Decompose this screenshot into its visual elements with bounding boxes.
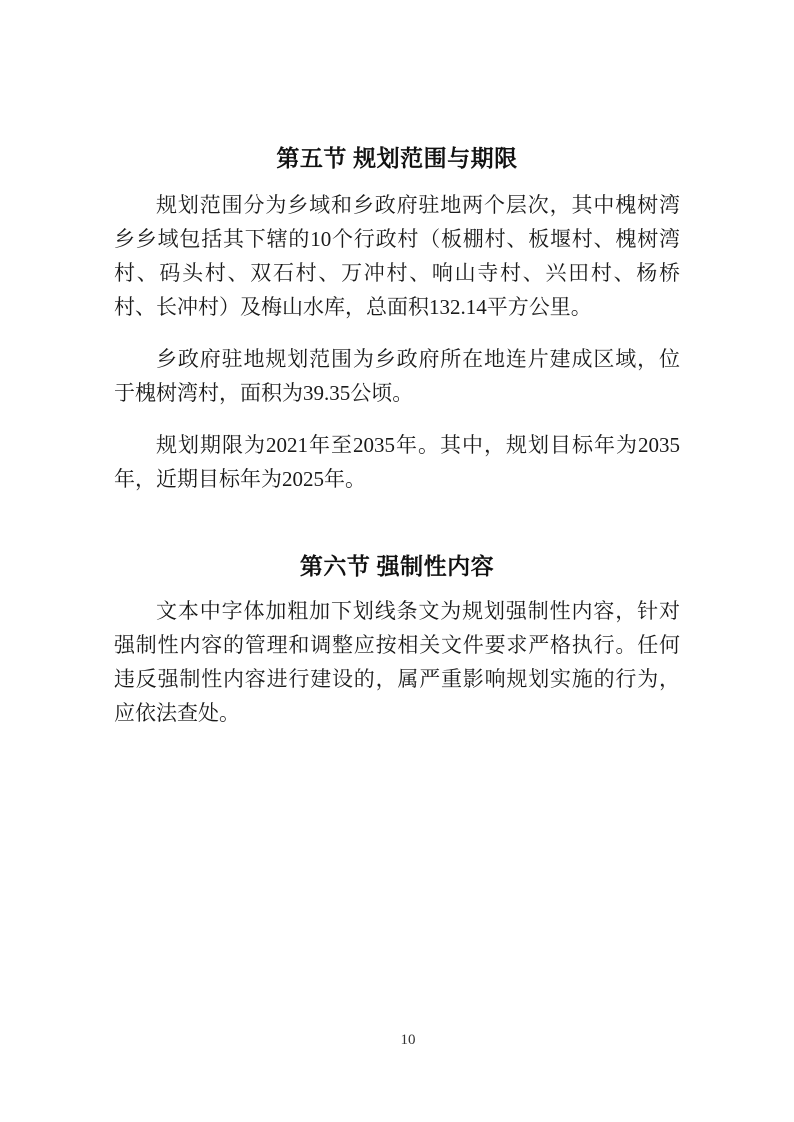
page-number: 10 [401,1031,416,1049]
section-5-paragraph-3: 规划期限为2021年至2035年。其中，规划目标年为2035年，近期目标年为20… [114,428,680,496]
section-5-paragraph-2: 乡政府驻地规划范围为乡政府所在地连片建成区域，位于槐树湾村，面积为39.35公顷… [114,342,680,410]
section-6-heading: 第六节 强制性内容 [114,554,680,580]
page-content: 第五节 规划范围与期限 规划范围分为乡域和乡政府驻地两个层次，其中槐树湾乡乡域包… [0,0,794,730]
document-page: 第五节 规划范围与期限 规划范围分为乡域和乡政府驻地两个层次，其中槐树湾乡乡域包… [0,0,794,1122]
section-6-paragraph-1: 文本中字体加粗加下划线条文为规划强制性内容，针对强制性内容的管理和调整应按相关文… [114,594,680,730]
section-5-paragraph-1: 规划范围分为乡域和乡政府驻地两个层次，其中槐树湾乡乡域包括其下辖的10个行政村（… [114,188,680,324]
page-footer: 10 [0,1031,794,1049]
section-5-heading: 第五节 规划范围与期限 [114,146,680,172]
